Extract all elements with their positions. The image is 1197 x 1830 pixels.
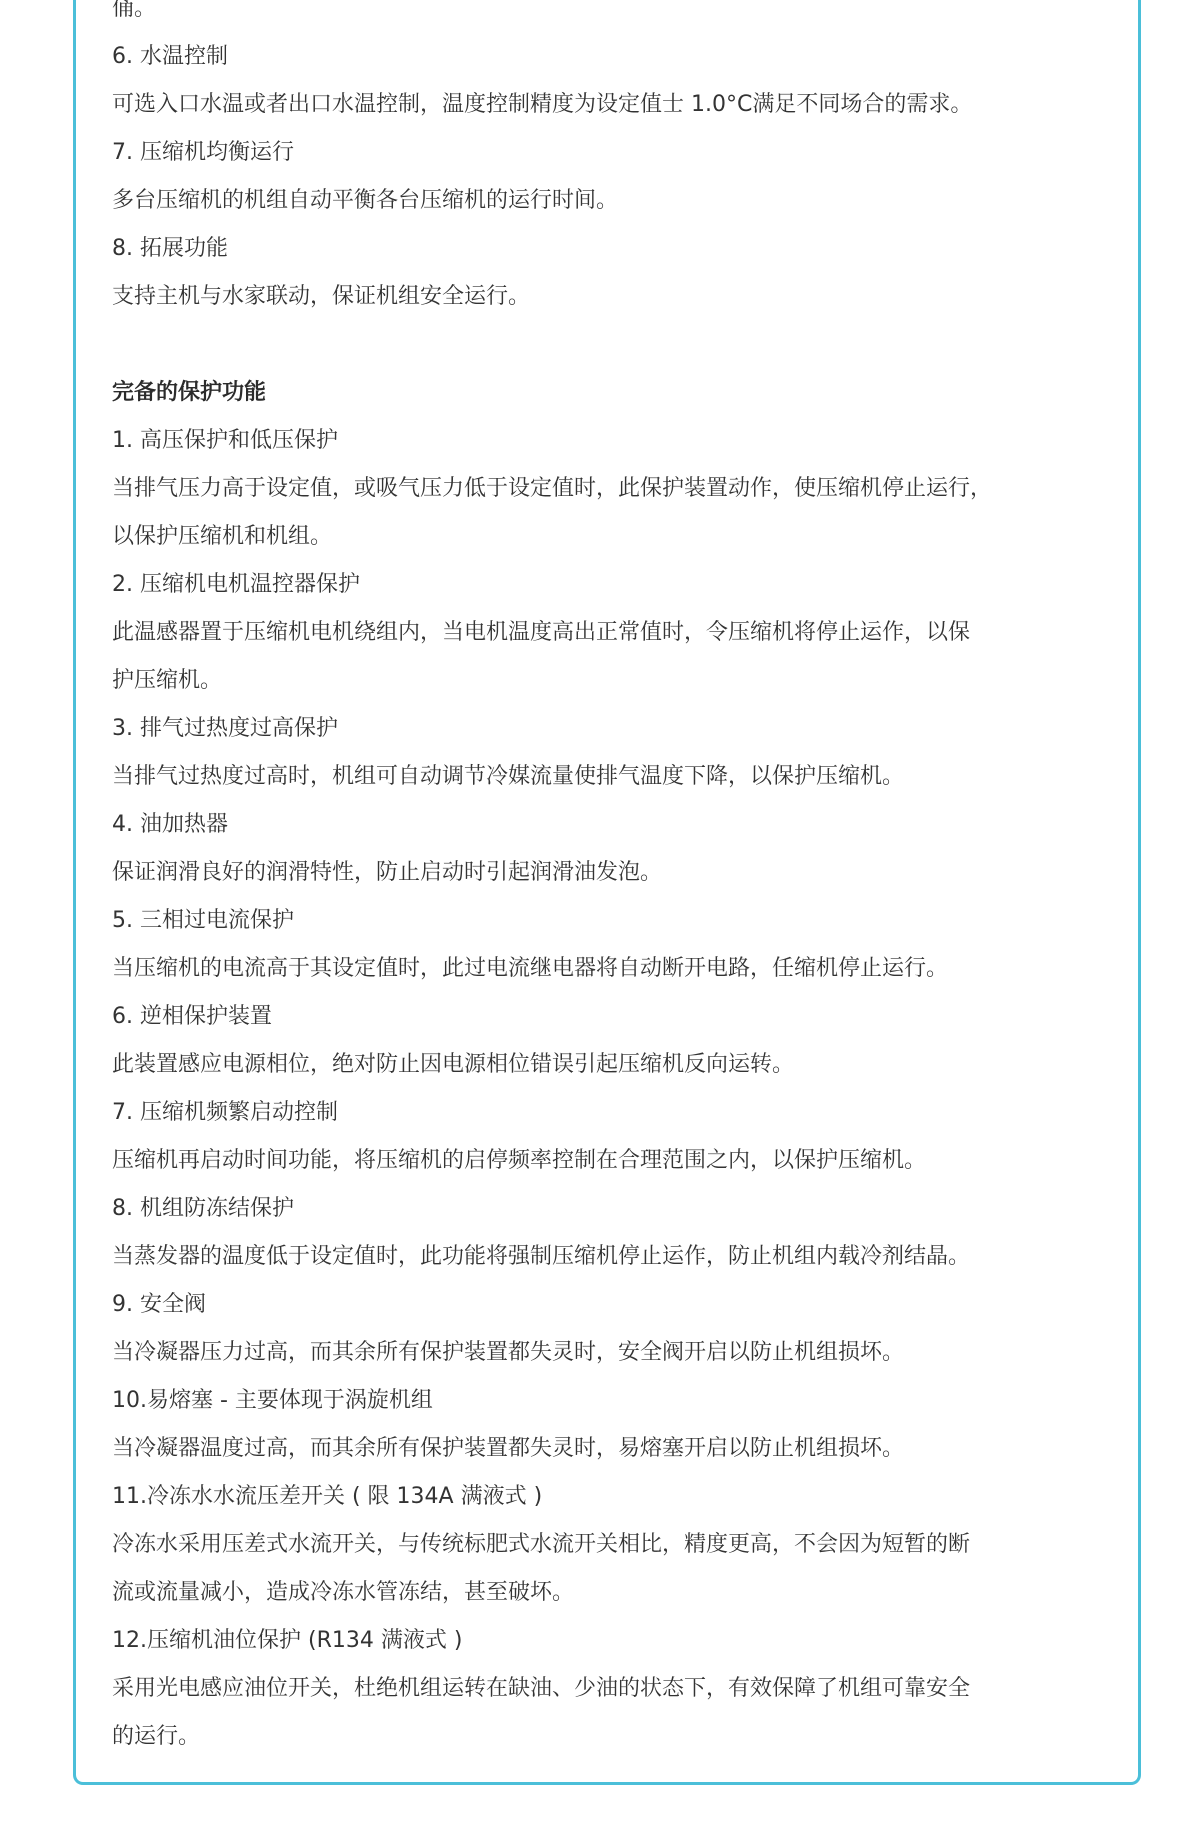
control-feature-8: 8. 拓展功能 支持主机与水家联动，保证机组安全运行。 — [112, 225, 1102, 321]
protection-title: 8. 机组防冻结保护 — [112, 1185, 1102, 1233]
protection-desc: 以保护压缩机和机组。 — [112, 513, 1102, 561]
protection-desc: 压缩机再启动时间功能，将压缩机的启停频率控制在合理范围之内，以保护压缩机。 — [112, 1137, 1102, 1185]
protection-desc: 的运行。 — [112, 1713, 1102, 1761]
protection-title: 5. 三相过电流保护 — [112, 897, 1102, 945]
protection-desc: 当排气过热度过高时，机组可自动调节冷媒流量使排气温度下降，以保护压缩机。 — [112, 753, 1102, 801]
feature-title: 6. 水温控制 — [112, 33, 1102, 81]
protection-title: 11.冷冻水水流压差开关 ( 限 134A 满液式 ) — [112, 1473, 1102, 1521]
protection-item-1: 1. 高压保护和低压保护 当排气压力高于设定值，或吸气压力低于设定值时，此保护装… — [112, 417, 1102, 561]
protection-desc: 冷冻水采用压差式水流开关，与传统标肥式水流开关相比，精度更高，不会因为短暂的断 — [112, 1521, 1102, 1569]
protection-item-12: 12.压缩机油位保护 (R134 满液式 ) 采用光电感应油位开关，杜绝机组运转… — [112, 1617, 1102, 1761]
feature-title: 8. 拓展功能 — [112, 225, 1102, 273]
protection-desc: 护压缩机。 — [112, 657, 1102, 705]
protection-item-11: 11.冷冻水水流压差开关 ( 限 134A 满液式 ) 冷冻水采用压差式水流开关… — [112, 1473, 1102, 1617]
protection-desc: 流或流量减小，造成冷冻水管冻结，甚至破坏。 — [112, 1569, 1102, 1617]
feature-desc: 可选入口水温或者出口水温控制，温度控制精度为设定值士 1.0°C满足不同场合的需… — [112, 81, 1102, 129]
feature-title: 7. 压缩机均衡运行 — [112, 129, 1102, 177]
section-heading-protection: 完备的保护功能 — [112, 369, 1102, 417]
control-feature-7: 7. 压缩机均衡运行 多台压缩机的机组自动平衡各台压缩机的运行时间。 — [112, 129, 1102, 225]
protection-desc: 此装置感应电源相位，绝对防止因电源相位错误引起压缩机反向运转。 — [112, 1041, 1102, 1089]
protection-desc: 保证润滑良好的润滑特性，防止启动时引起润滑油发泡。 — [112, 849, 1102, 897]
protection-item-8: 8. 机组防冻结保护 当蒸发器的温度低于设定值时，此功能将强制压缩机停止运作，防… — [112, 1185, 1102, 1281]
protection-title: 1. 高压保护和低压保护 — [112, 417, 1102, 465]
protection-item-4: 4. 油加热器 保证润滑良好的润滑特性，防止启动时引起润滑油发泡。 — [112, 801, 1102, 897]
protection-item-3: 3. 排气过热度过高保护 当排气过热度过高时，机组可自动调节冷媒流量使排气温度下… — [112, 705, 1102, 801]
protection-title: 2. 压缩机电机温控器保护 — [112, 561, 1102, 609]
protection-title: 10.易熔塞 - 主要体现于涡旋机组 — [112, 1377, 1102, 1425]
protection-title: 6. 逆相保护装置 — [112, 993, 1102, 1041]
protection-item-7: 7. 压缩机频繁启动控制 压缩机再启动时间功能，将压缩机的启停频率控制在合理范围… — [112, 1089, 1102, 1185]
protection-item-10: 10.易熔塞 - 主要体现于涡旋机组 当冷凝器温度过高，而其余所有保护装置都失灵… — [112, 1377, 1102, 1473]
protection-desc: 此温感器置于压缩机电机绕组内，当电机温度高出正常值时，令压缩机将停止运作，以保 — [112, 609, 1102, 657]
protection-title: 3. 排气过热度过高保护 — [112, 705, 1102, 753]
feature-desc: 支持主机与水家联动，保证机组安全运行。 — [112, 273, 1102, 321]
protection-desc: 当冷凝器温度过高，而其余所有保护装置都失灵时，易熔塞开启以防止机组损坏。 — [112, 1425, 1102, 1473]
protection-title: 4. 油加热器 — [112, 801, 1102, 849]
protection-desc: 当冷凝器压力过高，而其余所有保护装置都失灵时，安全阀开启以防止机组损坏。 — [112, 1329, 1102, 1377]
protection-item-9: 9. 安全阀 当冷凝器压力过高，而其余所有保护装置都失灵时，安全阀开启以防止机组… — [112, 1281, 1102, 1377]
protection-desc: 当压缩机的电流高于其设定值时，此过电流继电器将自动断开电路，任缩机停止运行。 — [112, 945, 1102, 993]
protection-desc: 当蒸发器的温度低于设定值时，此功能将强制压缩机停止运作，防止机组内载冷剂结晶。 — [112, 1233, 1102, 1281]
protection-title: 12.压缩机油位保护 (R134 满液式 ) — [112, 1617, 1102, 1665]
intro-tail-text: 俑。 — [112, 0, 1102, 33]
feature-desc: 多台压缩机的机组自动平衡各台压缩机的运行时间。 — [112, 177, 1102, 225]
protection-item-6: 6. 逆相保护装置 此装置感应电源相位，绝对防止因电源相位错误引起压缩机反向运转… — [112, 993, 1102, 1089]
section-spacer — [112, 321, 1102, 369]
protection-item-2: 2. 压缩机电机温控器保护 此温感器置于压缩机电机绕组内，当电机温度高出正常值时… — [112, 561, 1102, 705]
protection-title: 9. 安全阀 — [112, 1281, 1102, 1329]
protection-desc: 当排气压力高于设定值，或吸气压力低于设定值时，此保护装置动作，使压缩机停止运行， — [112, 465, 1102, 513]
protection-desc: 采用光电感应油位开关，杜绝机组运转在缺油、少油的状态下，有效保障了机组可靠安全 — [112, 1665, 1102, 1713]
control-feature-6: 6. 水温控制 可选入口水温或者出口水温控制，温度控制精度为设定值士 1.0°C… — [112, 33, 1102, 129]
protection-title: 7. 压缩机频繁启动控制 — [112, 1089, 1102, 1137]
document-content: 俑。 6. 水温控制 可选入口水温或者出口水温控制，温度控制精度为设定值士 1.… — [112, 0, 1102, 1761]
protection-item-5: 5. 三相过电流保护 当压缩机的电流高于其设定值时，此过电流继电器将自动断开电路… — [112, 897, 1102, 993]
